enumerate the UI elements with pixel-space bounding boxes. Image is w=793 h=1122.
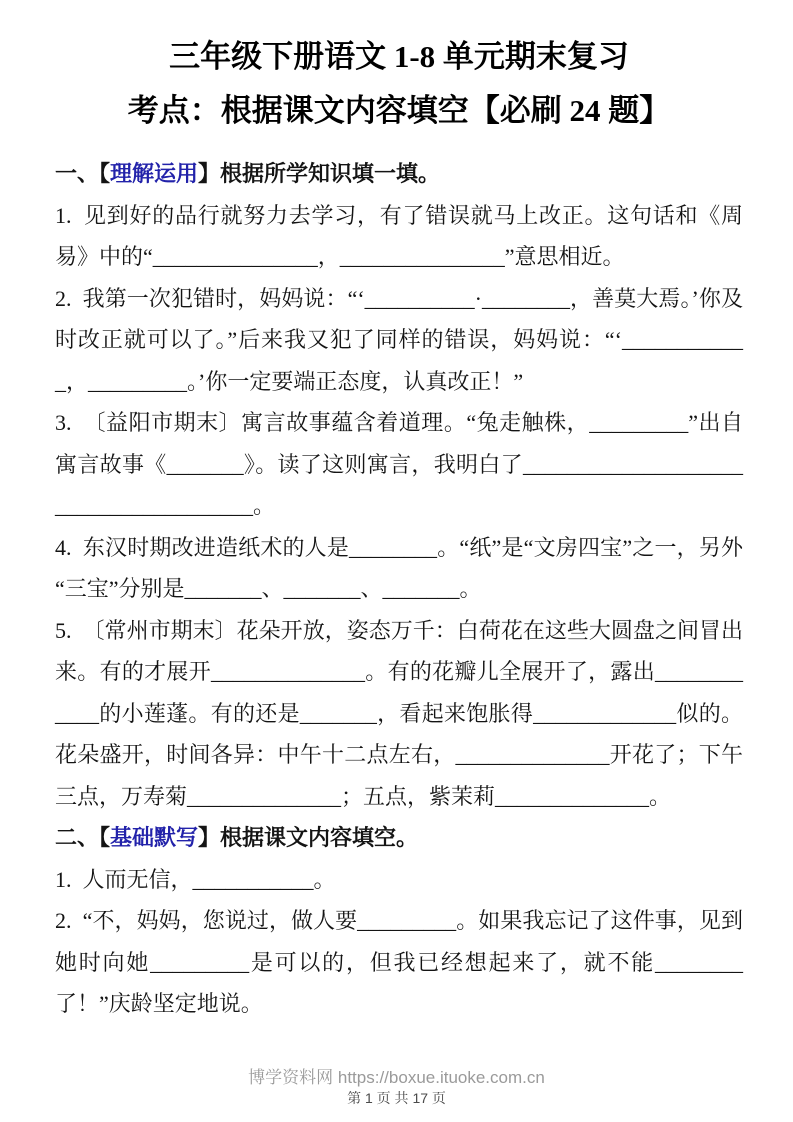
- section-1-question-1: 1. 见到好的品行就努力去学习，有了错误就马上改正。这句话和《周易》中的“___…: [55, 195, 743, 278]
- doc-title-line1: 三年级下册语文 1-8 单元期末复习: [55, 30, 743, 84]
- section-1-heading-suffix: 】根据所学知识填一填。: [198, 161, 440, 186]
- page-footer: 博学资料网 https://boxue.ituoke.com.cn 第 1 页 …: [0, 1067, 793, 1108]
- footer-site-url: 博学资料网 https://boxue.ituoke.com.cn: [0, 1067, 793, 1089]
- section-1-tag-label: 理解运用: [110, 161, 198, 186]
- footer-page-number: 第 1 页 共 17 页: [0, 1089, 793, 1108]
- section-1-heading: 一、【理解运用】根据所学知识填一填。: [55, 153, 743, 195]
- section-1-heading-prefix: 一、【: [55, 161, 110, 186]
- doc-title: 三年级下册语文 1-8 单元期末复习考点：根据课文内容填空【必刷 24 题】: [55, 30, 743, 138]
- page-content: 三年级下册语文 1-8 单元期末复习考点：根据课文内容填空【必刷 24 题】 一…: [55, 30, 743, 1025]
- section-1-question-2: 2. 我第一次犯错时，妈妈说：“‘__________·________，善莫大…: [55, 278, 743, 403]
- section-1-question-3: 3. 〔益阳市期末〕寓言故事蕴含着道理。“兔走触株，_________”出自寓言…: [55, 402, 743, 527]
- section-2-heading-prefix: 二、【: [55, 825, 110, 850]
- section-2-tag-label: 基础默写: [110, 825, 198, 850]
- section-2-question-2: 2. “不，妈妈，您说过，做人要_________。如果我忘记了这件事，见到她时…: [55, 900, 743, 1025]
- worksheet-page: 三年级下册语文 1-8 单元期末复习考点：根据课文内容填空【必刷 24 题】 一…: [0, 0, 793, 1122]
- section-2-heading: 二、【基础默写】根据课文内容填空。: [55, 817, 743, 859]
- section-2-question-1: 1. 人而无信，___________。: [55, 859, 743, 901]
- section-1-question-5: 5. 〔常州市期末〕花朵开放，姿态万千：白荷花在这些大圆盘之间冒出来。有的才展开…: [55, 610, 743, 818]
- section-1-question-4: 4. 东汉时期改进造纸术的人是________。“纸”是“文房四宝”之一，另外“…: [55, 527, 743, 610]
- section-2-heading-suffix: 】根据课文内容填空。: [198, 825, 418, 850]
- doc-title-line2: 考点：根据课文内容填空【必刷 24 题】: [55, 84, 743, 138]
